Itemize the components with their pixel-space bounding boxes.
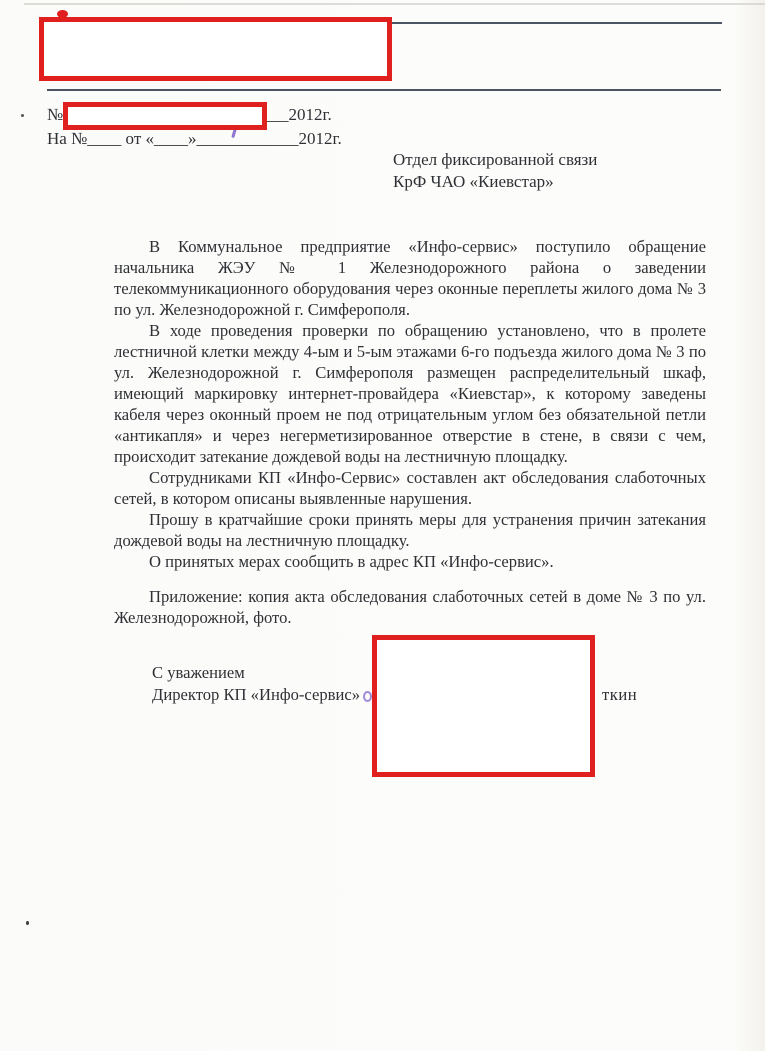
redaction-box-signature <box>372 635 595 777</box>
letter-body: В Коммунальное предприятие «Инфо-сервис»… <box>114 236 706 628</box>
signature-title: Директор КП «Инфо-сервис» <box>152 685 360 705</box>
reference-number-label: № <box>47 105 63 125</box>
body-paragraph: О принятых мерах сообщить в адрес КП «Ин… <box>114 551 706 572</box>
body-paragraph: Сотрудниками КП «Инфо-Сервис» составлен … <box>114 467 706 509</box>
body-paragraph: В Коммунальное предприятие «Инфо-сервис»… <box>114 236 706 320</box>
letterhead-rule-bottom <box>47 89 721 91</box>
redaction-box-reference-number <box>63 102 267 130</box>
letterhead-rule-top <box>392 22 722 24</box>
body-paragraph: Прошу в кратчайшие сроки принять меры дл… <box>114 509 706 551</box>
recipient-department: Отдел фиксированной связи <box>393 149 597 171</box>
body-paragraph: В ходе проведения проверки по обращению … <box>114 320 706 467</box>
pen-mark-circle <box>363 691 372 702</box>
scanned-letter-page: № ___2012г. На №____ от «____»__________… <box>0 0 765 1051</box>
scan-speck <box>26 921 29 925</box>
reply-reference-line: На №____ от «____»____________2012г. <box>47 129 342 149</box>
recipient-block: Отдел фиксированной связи КрФ ЧАО «Киевс… <box>393 149 597 193</box>
attachment-paragraph: Приложение: копия акта обследования слаб… <box>114 586 706 628</box>
reference-date-line: ___2012г. <box>263 105 332 125</box>
signature-name-fragment: ткин <box>602 685 637 705</box>
scan-edge-line <box>24 3 765 5</box>
scan-speck <box>21 114 24 117</box>
recipient-company: КрФ ЧАО «Киевстар» <box>393 171 597 193</box>
redaction-box-letterhead <box>39 17 392 81</box>
signature-closing: С уважением <box>152 663 245 683</box>
